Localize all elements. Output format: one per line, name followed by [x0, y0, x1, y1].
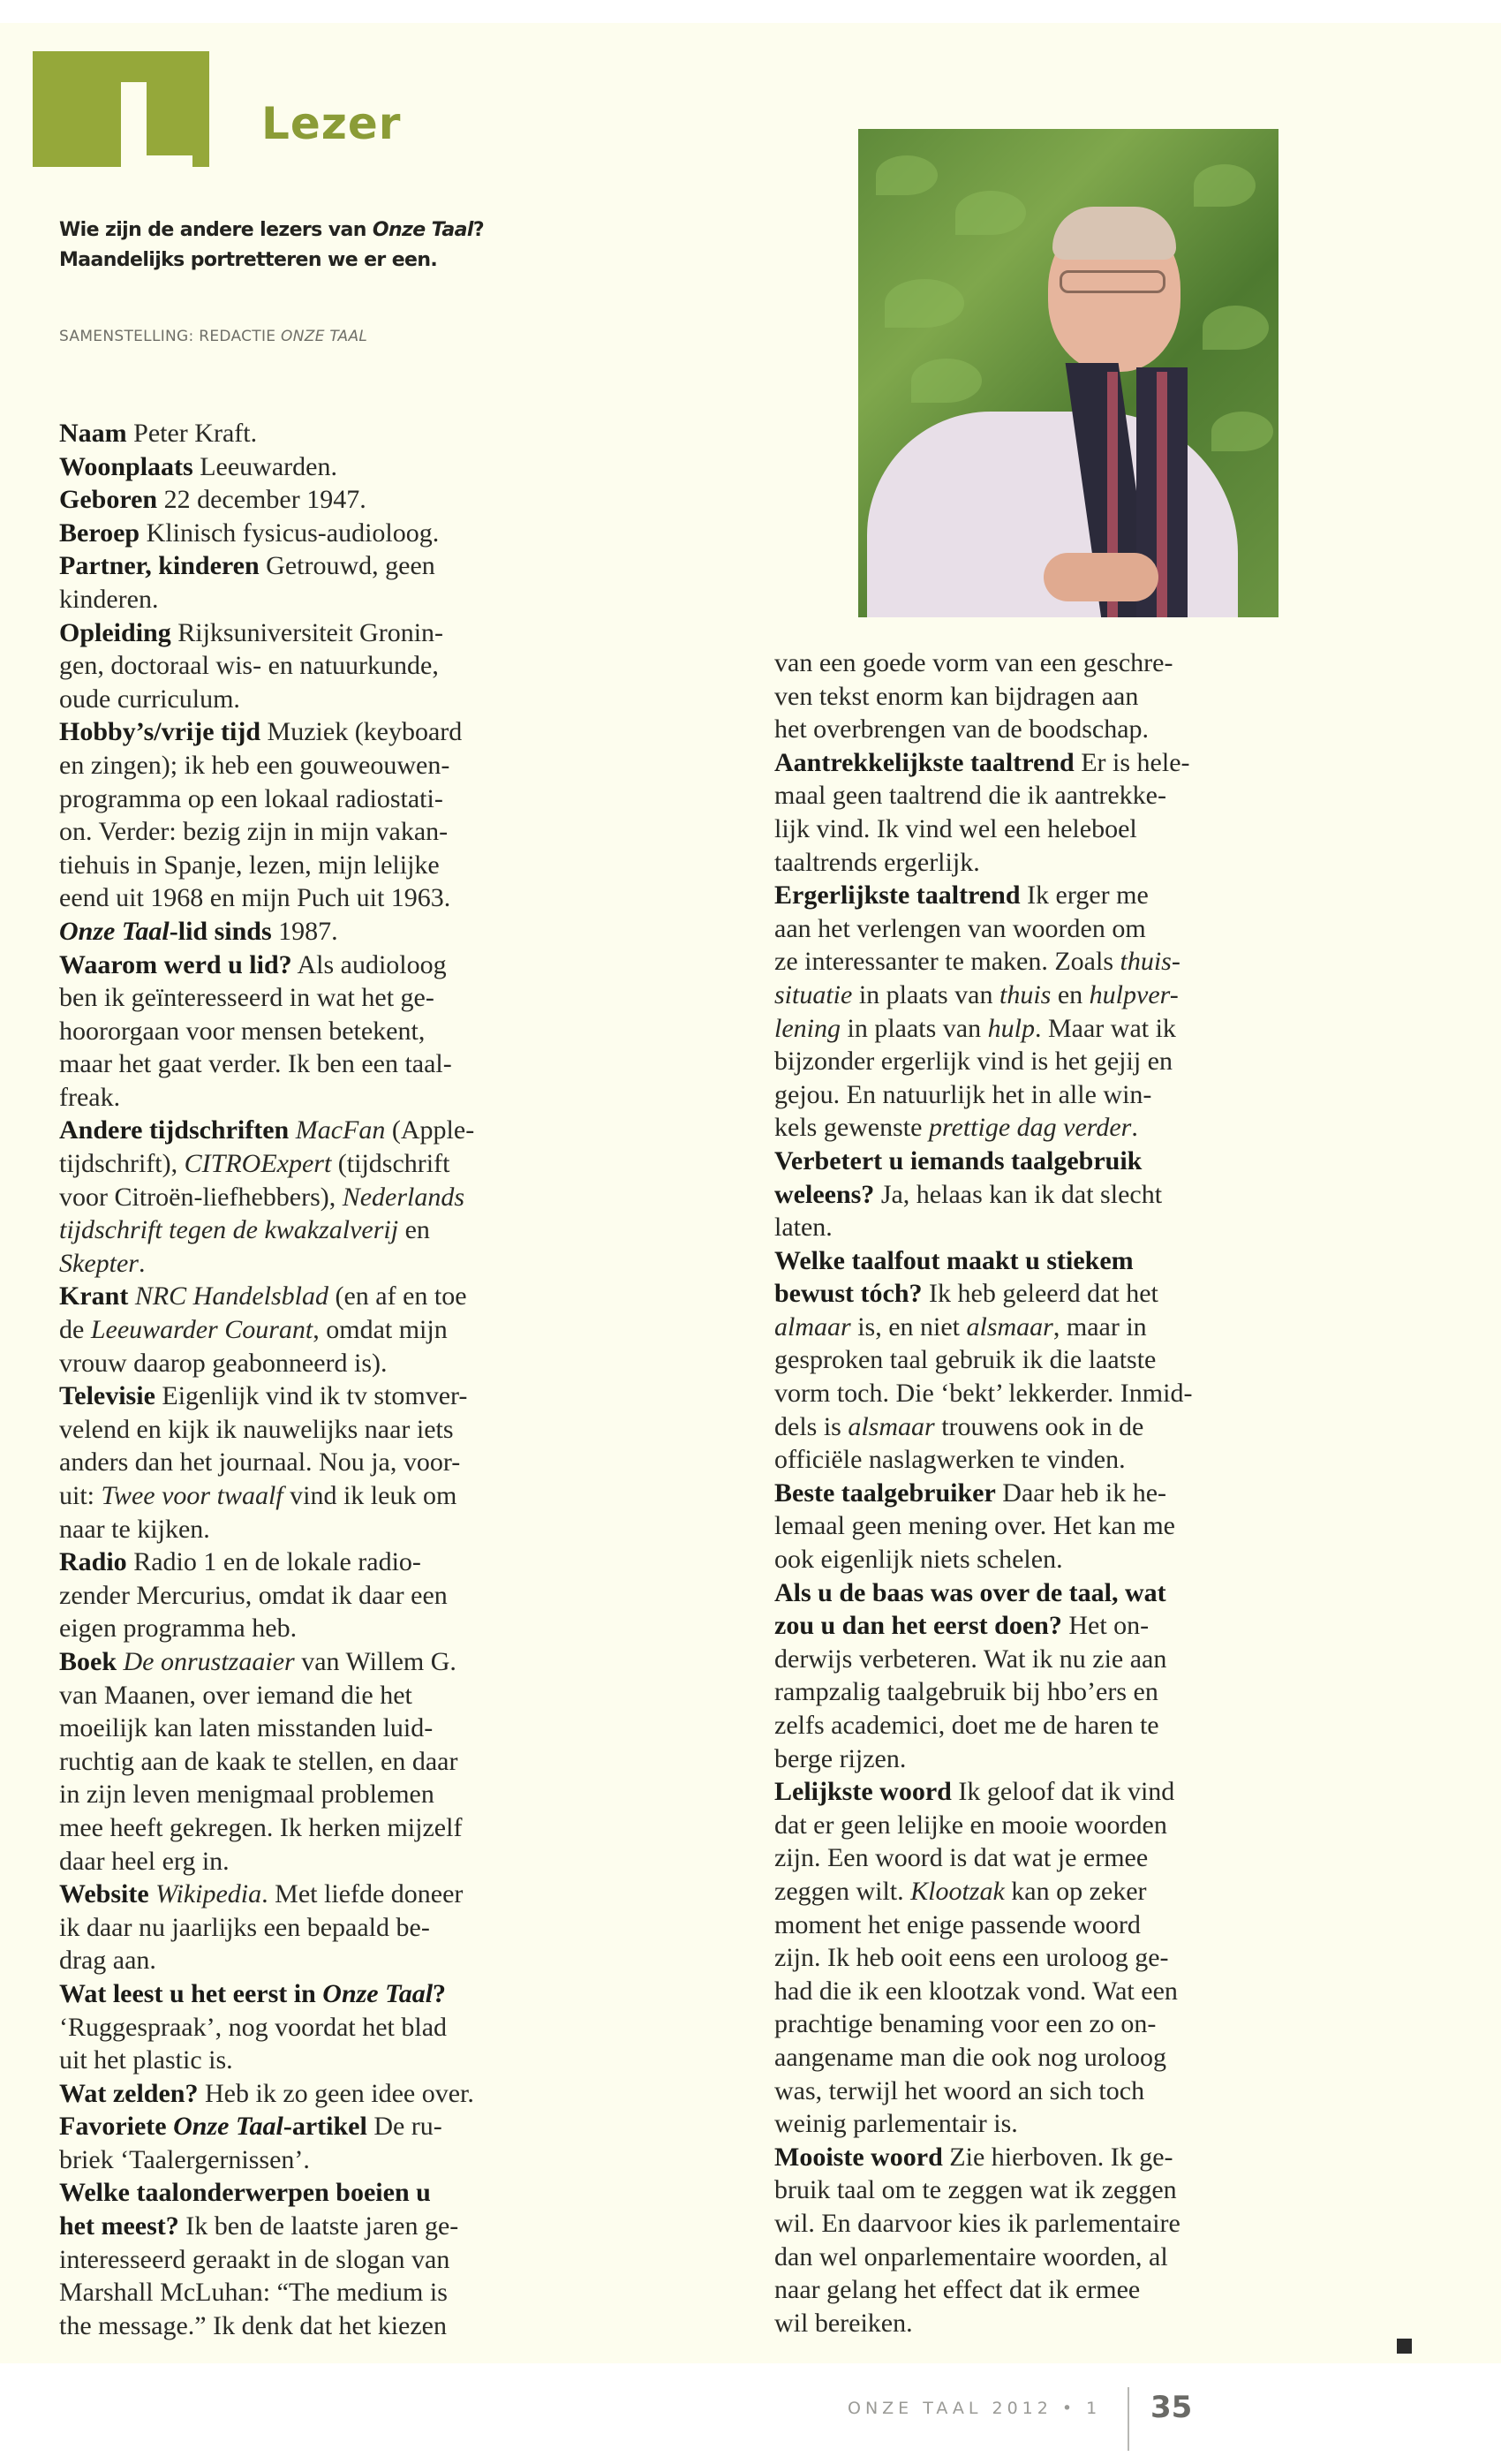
article-line: maal geen taaltrend die ik aantrekke-: [774, 779, 1192, 813]
answer-text: lening: [774, 1014, 841, 1043]
answer-text: almaar: [774, 1312, 851, 1342]
article-line: velend en kijk ik nauwelijks naar iets: [59, 1413, 474, 1447]
answer-text: [289, 1115, 296, 1145]
answer-text: ruchtig aan de kaak te stellen, en daar: [59, 1747, 457, 1776]
question-label: -lid sinds: [170, 917, 272, 946]
article-line: officiële naslagwerken te vinden.: [774, 1443, 1192, 1477]
answer-text: naar gelang het effect dat ik ermee: [774, 2275, 1140, 2304]
article-line: voor Citroën-liefhebbers), Nederlands: [59, 1181, 474, 1214]
article-line: aangename man die ook nog uroloog: [774, 2041, 1192, 2075]
question-label: Woonplaats: [59, 452, 193, 481]
question-label: Welke taalonderwerpen boeien u: [59, 2178, 431, 2207]
answer-text: 22 december 1947.: [157, 485, 366, 514]
article-line: moment het enige passende woord: [774, 1908, 1192, 1942]
answer-text: Ik erger me: [1021, 881, 1149, 910]
question-label: Welke taalfout maakt u stiekem: [774, 1246, 1134, 1275]
article-line: ‘Ruggespraak’, nog voordat het blad: [59, 2011, 474, 2045]
answer-text: MacFan: [296, 1115, 386, 1145]
article-line: zelfs academici, doet me de haren te: [774, 1709, 1192, 1742]
answer-text: hulpver-: [1090, 980, 1179, 1009]
article-line: de Leeuwarder Courant, omdat mijn: [59, 1313, 474, 1347]
answer-text: [117, 1647, 124, 1676]
intro-text: Wie zijn de andere lezers van Onze Taal?…: [59, 215, 677, 276]
article-line: wil bereiken.: [774, 2307, 1192, 2340]
answer-text: wil bereiken.: [774, 2309, 913, 2338]
article-line: Partner, kinderen Getrouwd, geen: [59, 549, 474, 583]
article-line: freak.: [59, 1081, 474, 1115]
article-line: naar gelang het effect dat ik ermee: [774, 2273, 1192, 2307]
article-line: rampzalig taalgebruik bij hbo’ers en: [774, 1675, 1192, 1709]
answer-text: dan wel onparlementaire woorden, al: [774, 2242, 1168, 2271]
answer-text: Eigenlijk vind ik tv stomver-: [155, 1381, 468, 1410]
answer-text: moment het enige passende woord: [774, 1910, 1141, 1939]
question-label: Beroep: [59, 518, 140, 548]
answer-text: had die ik een klootzak vond. Wat een: [774, 1976, 1178, 2006]
answer-text: zelfs academici, doet me de haren te: [774, 1711, 1159, 1740]
answer-text: Ja, helaas kan ik dat slecht: [874, 1180, 1162, 1209]
photo-leaf: [1211, 412, 1273, 451]
answer-text: hulp: [988, 1014, 1035, 1043]
article-line: kels gewenste prettige dag verder.: [774, 1111, 1192, 1145]
magazine-page: Lezer Wie zijn de andere lezers van Onze…: [0, 23, 1501, 2363]
answer-text: the message.” Ik denk dat het kiezen: [59, 2311, 447, 2340]
answer-text: alsmaar: [848, 1412, 934, 1441]
answer-text: velend en kijk ik nauwelijks naar iets: [59, 1415, 454, 1444]
answer-text: oude curriculum.: [59, 684, 240, 714]
answer-text: mee heeft gekregen. Ik herken mijzelf: [59, 1813, 462, 1842]
question-label: ?: [433, 1979, 446, 2008]
answer-text: Heb ik zo geen idee over.: [199, 2079, 474, 2108]
credit-magazine-name: ONZE TAAL: [281, 328, 367, 345]
article-line: lening in plaats van hulp. Maar wat ik: [774, 1012, 1192, 1046]
photo-hand: [1044, 553, 1158, 601]
question-label: Lelijkste woord: [774, 1777, 952, 1806]
article-line: ook eigenlijk niets schelen.: [774, 1543, 1192, 1576]
answer-text: De onrustzaaier: [124, 1647, 295, 1676]
answer-text: aangename man die ook nog uroloog: [774, 2043, 1166, 2072]
answer-text: Leeuwarden.: [193, 452, 337, 481]
article-line: Hobby’s/vrije tijd Muziek (keyboard: [59, 715, 474, 749]
answer-text: .: [1131, 1113, 1138, 1142]
answer-text: (tijdschrift: [331, 1149, 449, 1178]
answer-text: zender Mercurius, omdat ik daar een: [59, 1581, 448, 1610]
article-line: Verbetert u iemands taalgebruik: [774, 1145, 1192, 1178]
answer-text: Daar heb ik he-: [996, 1478, 1166, 1508]
article-line: uit: Twee voor twaalf vind ik leuk om: [59, 1479, 474, 1513]
question-label: Wat zelden?: [59, 2079, 199, 2108]
answer-text: tijdschrift tegen de kwakzalverij: [59, 1215, 398, 1244]
answer-text: Ik heb geleerd dat het: [923, 1279, 1158, 1308]
article-line: weleens? Ja, helaas kan ik dat slecht: [774, 1178, 1192, 1212]
article-line: dat er geen lelijke en mooie woorden: [774, 1809, 1192, 1842]
answer-text: in plaats van: [841, 1014, 988, 1043]
answer-text: kan op zeker: [1005, 1877, 1147, 1906]
answer-text: ‘Ruggespraak’, nog voordat het blad: [59, 2013, 447, 2042]
article-line: lijk vind. Ik vind wel een heleboel: [774, 813, 1192, 846]
article-line: weinig parlementair is.: [774, 2107, 1192, 2141]
answer-text: [128, 1281, 135, 1311]
answer-text: drag aan.: [59, 1946, 156, 1975]
answer-text: was, terwijl het woord an sich toch: [774, 2076, 1144, 2105]
answer-text: Peter Kraft.: [127, 419, 257, 448]
article-line: tijdschrift), CITROExpert (tijdschrift: [59, 1147, 474, 1181]
article-line: the message.” Ik denk dat het kiezen: [59, 2309, 474, 2343]
footer-divider: [1128, 2387, 1129, 2451]
answer-text: wil. En daarvoor kies ik parlementaire: [774, 2209, 1180, 2238]
answer-text: en: [398, 1215, 430, 1244]
article-line: ze interessanter te maken. Zoals thuis-: [774, 945, 1192, 979]
article-line: prachtige benaming voor een zo on-: [774, 2007, 1192, 2041]
article-line: zender Mercurius, omdat ik daar een: [59, 1579, 474, 1613]
article-line: van Maanen, over iemand die het: [59, 1679, 474, 1712]
answer-text: de: [59, 1315, 91, 1344]
intro-line-1-text: Wie zijn de andere lezers van: [59, 219, 373, 241]
answer-text: anders dan het journaal. Nou ja, voor-: [59, 1447, 460, 1477]
answer-text: en: [1051, 980, 1089, 1009]
article-line: gesproken taal gebruik ik die laatste: [774, 1343, 1192, 1377]
article-line: en zingen); ik heb een gouweouwen-: [59, 749, 474, 782]
answer-text: moeilijk kan laten misstanden luid-: [59, 1713, 433, 1742]
answer-text: vrouw daarop geabonneerd is).: [59, 1349, 388, 1378]
article-line: Wat zelden? Heb ik zo geen idee over.: [59, 2077, 474, 2111]
answer-text: dat er geen lelijke en mooie woorden: [774, 1810, 1167, 1840]
article-line: ben ik geïnteresseerd in wat het ge-: [59, 981, 474, 1015]
article-line: kinderen.: [59, 583, 474, 616]
article-line: wil. En daarvoor kies ik parlementaire: [774, 2207, 1192, 2241]
article-line: Lelijkste woord Ik geloof dat ik vind: [774, 1775, 1192, 1809]
article-line: taaltrends ergerlijk.: [774, 846, 1192, 880]
answer-text: gesproken taal gebruik ik die laatste: [774, 1345, 1156, 1374]
question-label: Televisie: [59, 1381, 155, 1410]
article-line: vorm toch. Die ‘bekt’ lekkerder. Inmid-: [774, 1377, 1192, 1410]
answer-text: situatie: [774, 980, 852, 1009]
logo-cutout-vertical: [121, 82, 147, 167]
answer-text: trouwens ook in de: [935, 1412, 1144, 1441]
article-line: lemaal geen mening over. Het kan me: [774, 1509, 1192, 1543]
article-line: Andere tijdschriften MacFan (Apple-: [59, 1114, 474, 1147]
question-label: bewust tóch?: [774, 1279, 923, 1308]
answer-text: tiehuis in Spanje, lezen, mijn lelijke: [59, 850, 440, 880]
article-line: moeilijk kan laten misstanden luid-: [59, 1712, 474, 1745]
article-line: Skepter.: [59, 1247, 474, 1281]
question-label: Onze Taal: [173, 2112, 283, 2141]
photo-leaf: [1203, 306, 1269, 350]
answer-text: . Maar wat ik: [1035, 1014, 1176, 1043]
answer-text: CITROExpert: [185, 1149, 332, 1178]
credit-prefix: SAMENSTELLING: REDACTIE: [59, 328, 281, 345]
answer-text: prachtige benaming voor een zo on-: [774, 2009, 1156, 2038]
article-line: gen, doctoraal wis- en natuurkunde,: [59, 649, 474, 683]
answer-text: hoororgaan voor mensen betekent,: [59, 1017, 425, 1046]
answer-text: programma op een lokaal radiostati-: [59, 784, 443, 813]
article-line: Onze Taal-lid sinds 1987.: [59, 915, 474, 949]
answer-text: voor Citroën-liefhebbers),: [59, 1183, 343, 1212]
answer-text: interesseerd geraakt in de slogan van: [59, 2245, 449, 2274]
article-line: laten.: [774, 1211, 1192, 1244]
answer-text: naar te kijken.: [59, 1515, 210, 1544]
article-line: situatie in plaats van thuis en hulpver-: [774, 979, 1192, 1012]
photo-hair: [1052, 207, 1176, 260]
article-line: Waarom werd u lid? Als audioloog: [59, 949, 474, 982]
article-line: Naam Peter Kraft.: [59, 417, 474, 450]
answer-text: on. Verder: bezig zijn in mijn vakan-: [59, 817, 448, 846]
article-line: drag aan.: [59, 1944, 474, 1977]
answer-text: Het on-: [1062, 1611, 1149, 1640]
answer-text: daar heel erg in.: [59, 1847, 230, 1876]
answer-text: vind ik leuk om: [283, 1481, 457, 1510]
article-line: berge rijzen.: [774, 1742, 1192, 1776]
article-line: briek ‘Taalergernissen’.: [59, 2143, 474, 2177]
answer-text: en zingen); ik heb een gouweouwen-: [59, 751, 449, 780]
article-line: Woonplaats Leeuwarden.: [59, 450, 474, 484]
question-label: Favoriete: [59, 2112, 173, 2141]
answer-text: Skepter: [59, 1249, 139, 1278]
question-label: Verbetert u iemands taalgebruik: [774, 1146, 1142, 1175]
article-line: Radio Radio 1 en de lokale radio-: [59, 1546, 474, 1579]
question-label: Onze Taal: [322, 1979, 433, 2008]
photo-scarf-stripe: [1157, 372, 1167, 617]
answer-text: alsmaar: [967, 1312, 1053, 1342]
article-line: bewust tóch? Ik heb geleerd dat het: [774, 1277, 1192, 1311]
article-line: Beste taalgebruiker Daar heb ik he-: [774, 1477, 1192, 1510]
article-column-right: van een goede vorm van een geschre-ven t…: [774, 646, 1192, 2339]
answer-text: ben ik geïnteresseerd in wat het ge-: [59, 983, 434, 1012]
answer-text: uit het plastic is.: [59, 2045, 233, 2075]
article-line: derwijs verbeteren. Wat ik nu zie aan: [774, 1643, 1192, 1676]
question-label: het meest?: [59, 2211, 179, 2241]
article-line: dels is alsmaar trouwens ook in de: [774, 1410, 1192, 1444]
article-line: eend uit 1968 en mijn Puch uit 1963.: [59, 881, 474, 915]
answer-text: Ik geloof dat ik vind: [952, 1777, 1174, 1806]
article-line: mee heeft gekregen. Ik herken mijzelf: [59, 1811, 474, 1845]
logo-cutout-horizontal: [121, 155, 192, 167]
question-label: Radio: [59, 1547, 127, 1576]
answer-text: maal geen taaltrend die ik aantrekke-: [774, 781, 1166, 810]
answer-text: het overbrengen van de boodschap.: [774, 714, 1149, 744]
answer-text: eigen programma heb.: [59, 1614, 297, 1643]
photo-leaf: [955, 191, 1026, 235]
question-label: Website: [59, 1879, 149, 1908]
answer-text: dels is: [774, 1412, 848, 1441]
end-of-article-square-icon: [1397, 2339, 1412, 2354]
answer-text: NRC Handelsblad: [135, 1281, 328, 1311]
credit-line: SAMENSTELLING: REDACTIE ONZE TAAL: [59, 326, 367, 347]
answer-text: kinderen.: [59, 585, 158, 614]
article-line: zeggen wilt. Klootzak kan op zeker: [774, 1875, 1192, 1908]
question-label: Krant: [59, 1281, 128, 1311]
section-title: Lezer: [261, 97, 401, 150]
answer-text: maar het gaat verder. Ik ben een taal-: [59, 1049, 452, 1078]
answer-text: in plaats van: [852, 980, 999, 1009]
article-line: vrouw daarop geabonneerd is).: [59, 1347, 474, 1380]
article-line: Aantrekkelijkste taaltrend Er is hele-: [774, 746, 1192, 780]
answer-text: van een goede vorm van een geschre-: [774, 648, 1173, 677]
article-line: daar heel erg in.: [59, 1845, 474, 1878]
question-label: Hobby’s/vrije tijd: [59, 717, 260, 746]
question-label: Aantrekkelijkste taaltrend: [774, 748, 1075, 777]
question-label: Andere tijdschriften: [59, 1115, 289, 1145]
article-line: Mooiste woord Zie hierboven. Ik ge-: [774, 2141, 1192, 2174]
question-label: Partner, kinderen: [59, 551, 260, 580]
reader-portrait-photo: [858, 129, 1278, 617]
question-label: -artikel: [283, 2112, 367, 2141]
answer-text: lemaal geen mening over. Het kan me: [774, 1511, 1175, 1540]
intro-question-mark: ?: [473, 219, 484, 241]
article-line: zijn. Ik heb ooit eens een uroloog ge-: [774, 1941, 1192, 1975]
answer-text: Getrouwd, geen: [260, 551, 435, 580]
answer-text: Er is hele-: [1075, 748, 1190, 777]
article-line: Televisie Eigenlijk vind ik tv stomver-: [59, 1379, 474, 1413]
article-line: anders dan het journaal. Nou ja, voor-: [59, 1446, 474, 1479]
answer-text: (en af en toe: [328, 1281, 467, 1311]
article-line: was, terwijl het woord an sich toch: [774, 2075, 1192, 2108]
article-line: Opleiding Rijksuniversiteit Gronin-: [59, 616, 474, 650]
article-line: ruchtig aan de kaak te stellen, en daar: [59, 1745, 474, 1779]
article-column-left: Naam Peter Kraft.Woonplaats Leeuwarden.G…: [59, 417, 474, 2342]
article-line: hoororgaan voor mensen betekent,: [59, 1015, 474, 1048]
question-label: weleens?: [774, 1180, 874, 1209]
article-line: aan het verlengen van woorden om: [774, 912, 1192, 946]
section-logo-icon: [33, 51, 209, 167]
answer-text: bijzonder ergerlijk vind is het gejij en: [774, 1047, 1173, 1076]
answer-text: rampzalig taalgebruik bij hbo’ers en: [774, 1677, 1158, 1706]
answer-text: Wikipedia: [155, 1879, 261, 1908]
answer-text: Nederlands: [343, 1183, 464, 1212]
answer-text: ik daar nu jaarlijks een bepaald be-: [59, 1913, 430, 1942]
article-line: maar het gaat verder. Ik ben een taal-: [59, 1047, 474, 1081]
article-line: het overbrengen van de boodschap.: [774, 713, 1192, 746]
answer-text: derwijs verbeteren. Wat ik nu zie aan: [774, 1644, 1166, 1674]
answer-text: van Maanen, over iemand die het: [59, 1681, 412, 1710]
article-line: Welke taalonderwerpen boeien u: [59, 2176, 474, 2210]
article-line: had die ik een klootzak vond. Wat een: [774, 1975, 1192, 2008]
article-line: Beroep Klinisch fysicus-audioloog.: [59, 517, 474, 550]
article-line: bijzonder ergerlijk vind is het gejij en: [774, 1045, 1192, 1078]
article-line: in zijn leven menigmaal problemen: [59, 1778, 474, 1811]
footer-publication: ONZE TAAL 2012 • 1: [848, 2396, 1101, 2421]
article-line: Marshall McLuhan: “The medium is: [59, 2276, 474, 2309]
article-line: eigen programma heb.: [59, 1612, 474, 1645]
photo-leaf: [911, 359, 982, 403]
answer-text: 1987.: [272, 917, 338, 946]
answer-text: (Apple-: [385, 1115, 474, 1145]
intro-line-1: Wie zijn de andere lezers van Onze Taal?: [59, 215, 677, 246]
answer-text: bruik taal om te zeggen wat ik zeggen: [774, 2175, 1177, 2204]
article-line: ven tekst enorm kan bijdragen aan: [774, 680, 1192, 714]
answer-text: Radio 1 en de lokale radio-: [127, 1547, 421, 1576]
answer-text: Ik ben de laatste jaren ge-: [179, 2211, 459, 2241]
article-line: het meest? Ik ben de laatste jaren ge-: [59, 2210, 474, 2243]
answer-text: ze interessanter te maken. Zoals: [774, 947, 1120, 976]
answer-text: De ru-: [367, 2112, 442, 2141]
answer-text: Als audioloog: [292, 950, 447, 979]
question-label: Beste taalgebruiker: [774, 1478, 996, 1508]
answer-text: berge rijzen.: [774, 1744, 906, 1773]
article-line: bruik taal om te zeggen wat ik zeggen: [774, 2173, 1192, 2207]
question-label: Mooiste woord: [774, 2143, 943, 2172]
article-line: Ergerlijkste taaltrend Ik erger me: [774, 879, 1192, 912]
question-label: Naam: [59, 419, 127, 448]
answer-text: officiële naslagwerken te vinden.: [774, 1445, 1126, 1474]
article-line: ik daar nu jaarlijks een bepaald be-: [59, 1911, 474, 1945]
article-line: gejou. En natuurlijk het in alle win-: [774, 1078, 1192, 1112]
answer-text: Rijksuniversiteit Gronin-: [171, 618, 443, 647]
photo-glasses: [1060, 270, 1165, 293]
intro-magazine-name: Onze Taal: [373, 219, 473, 241]
answer-text: prettige dag verder: [929, 1113, 1131, 1142]
answer-text: ven tekst enorm kan bijdragen aan: [774, 682, 1138, 711]
article-line: zijn. Een woord is dat wat je ermee: [774, 1841, 1192, 1875]
answer-text: lijk vind. Ik vind wel een heleboel: [774, 814, 1137, 843]
answer-text: van Willem G.: [295, 1647, 456, 1676]
article-line: tiehuis in Spanje, lezen, mijn lelijke: [59, 849, 474, 882]
answer-text: . Met liefde doneer: [261, 1879, 463, 1908]
answer-text: zijn. Ik heb ooit eens een uroloog ge-: [774, 1943, 1169, 1972]
answer-text: thuis-: [1120, 947, 1180, 976]
question-label: Geboren: [59, 485, 157, 514]
article-line: naar te kijken.: [59, 1513, 474, 1546]
question-label: Als u de baas was over de taal, wat: [774, 1578, 1166, 1607]
question-label: Boek: [59, 1647, 117, 1676]
intro-line-2: Maandelijks portretteren we er een.: [59, 246, 677, 276]
answer-text: zijn. Een woord is dat wat je ermee: [774, 1843, 1148, 1872]
answer-text: zeggen wilt.: [774, 1877, 910, 1906]
article-line: Favoriete Onze Taal-artikel De ru-: [59, 2110, 474, 2143]
article-line: on. Verder: bezig zijn in mijn vakan-: [59, 815, 474, 849]
answer-text: thuis: [999, 980, 1051, 1009]
question-label: Ergerlijkste taaltrend: [774, 881, 1021, 910]
article-line: oude curriculum.: [59, 683, 474, 716]
article-line: Geboren 22 december 1947.: [59, 483, 474, 517]
answer-text: Marshall McLuhan: “The medium is: [59, 2278, 448, 2307]
answer-text: Twee voor twaalf: [102, 1481, 283, 1510]
article-line: tijdschrift tegen de kwakzalverij en: [59, 1213, 474, 1247]
article-line: Boek De onrustzaaier van Willem G.: [59, 1645, 474, 1679]
article-line: programma op een lokaal radiostati-: [59, 782, 474, 816]
answer-text: uit:: [59, 1481, 102, 1510]
answer-text: aan het verlengen van woorden om: [774, 914, 1146, 943]
article-line: Als u de baas was over de taal, wat: [774, 1576, 1192, 1610]
article-line: interesseerd geraakt in de slogan van: [59, 2243, 474, 2277]
article-line: Krant NRC Handelsblad (en af en toe: [59, 1280, 474, 1313]
article-line: zou u dan het eerst doen? Het on-: [774, 1609, 1192, 1643]
answer-text: freak.: [59, 1083, 120, 1112]
question-label: Onze Taal: [59, 917, 170, 946]
photo-leaf: [885, 279, 964, 328]
article-line: van een goede vorm van een geschre-: [774, 646, 1192, 680]
article-line: dan wel onparlementaire woorden, al: [774, 2241, 1192, 2274]
answer-text: Klootzak: [910, 1877, 1005, 1906]
answer-text: in zijn leven menigmaal problemen: [59, 1780, 434, 1809]
page-number: 35: [1150, 2388, 1192, 2427]
question-label: Wat leest u het eerst in: [59, 1979, 322, 2008]
answer-text: gen, doctoraal wis- en natuurkunde,: [59, 651, 439, 680]
article-line: uit het plastic is.: [59, 2044, 474, 2077]
article-line: almaar is, en niet alsmaar, maar in: [774, 1311, 1192, 1344]
question-label: Waarom werd u lid?: [59, 950, 292, 979]
answer-text: , omdat mijn: [313, 1315, 448, 1344]
answer-text: briek ‘Taalergernissen’.: [59, 2145, 310, 2174]
article-line: Website Wikipedia. Met liefde doneer: [59, 1878, 474, 1911]
answer-text: Muziek (keyboard: [260, 717, 462, 746]
answer-text: tijdschrift),: [59, 1149, 185, 1178]
answer-text: Klinisch fysicus-audioloog.: [140, 518, 439, 548]
answer-text: ook eigenlijk niets schelen.: [774, 1545, 1063, 1574]
question-label: zou u dan het eerst doen?: [774, 1611, 1062, 1640]
answer-text: gejou. En natuurlijk het in alle win-: [774, 1080, 1151, 1109]
answer-text: laten.: [774, 1213, 833, 1242]
answer-text: weinig parlementair is.: [774, 2109, 1018, 2138]
